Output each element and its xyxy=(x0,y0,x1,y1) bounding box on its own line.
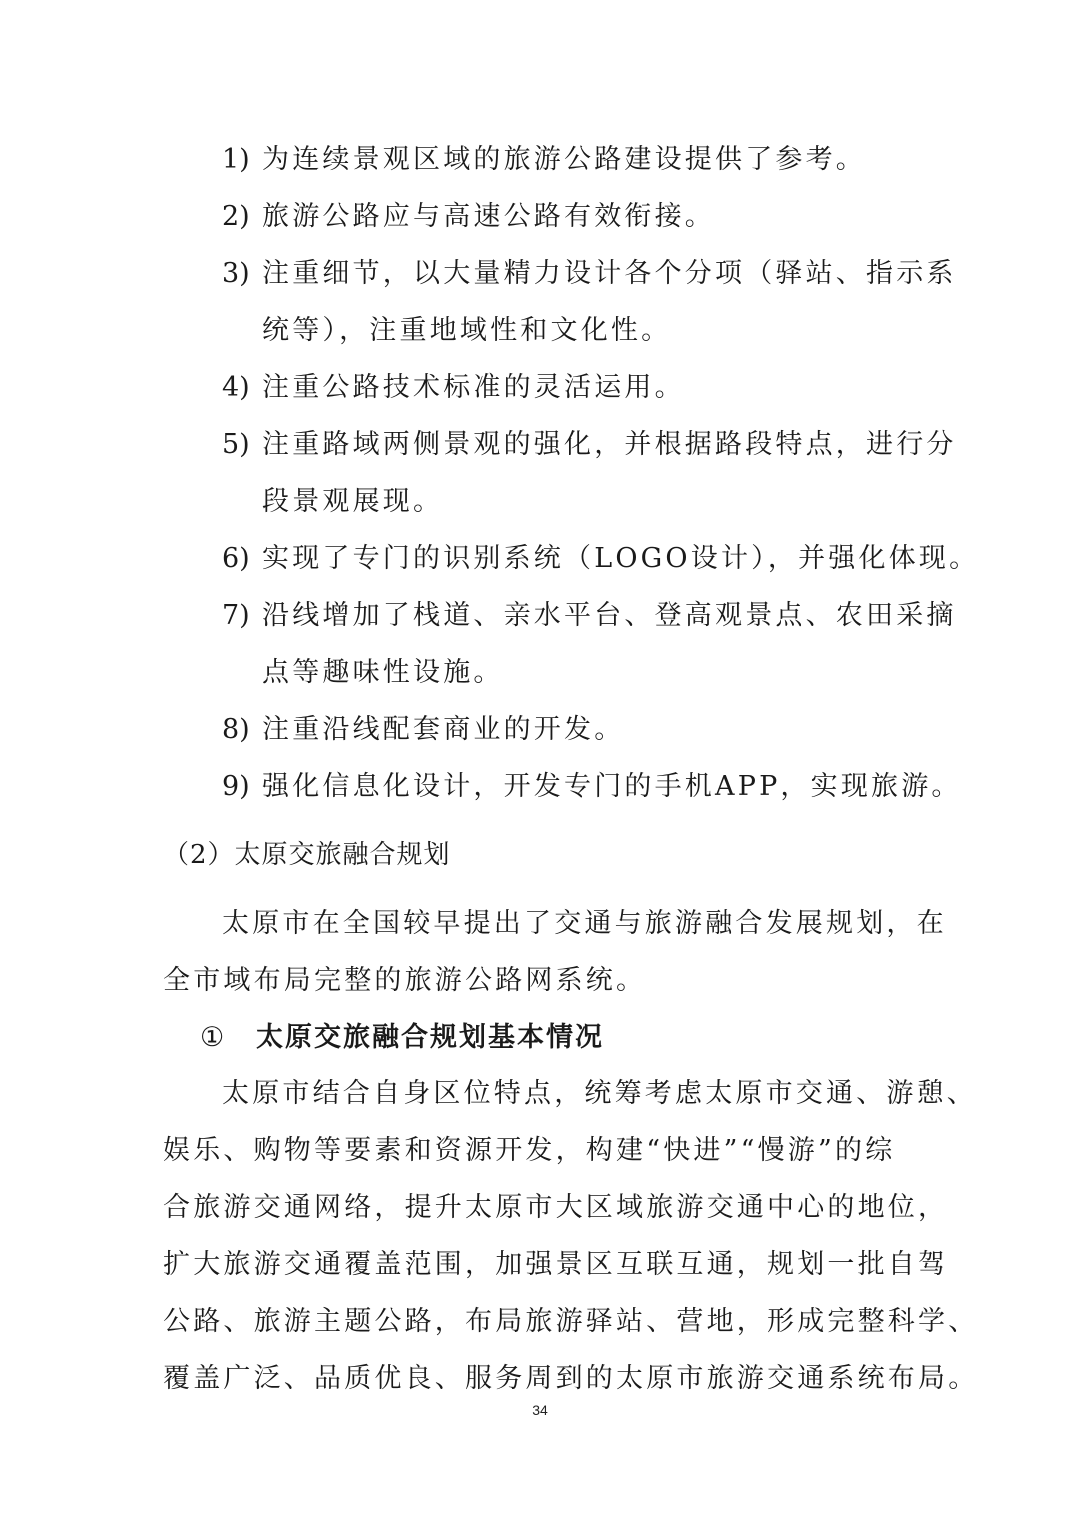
circled-number-marker: ① xyxy=(200,1021,256,1055)
list-item-number: 9) xyxy=(222,770,262,804)
section-heading: （2）太原交旅融合规划 xyxy=(163,838,451,872)
list-item: 2)旅游公路应与高速公路有效衔接。 xyxy=(222,200,715,234)
list-item: 6)实现了专门的识别系统（LOGO设计），并强化体现。 xyxy=(222,542,979,576)
list-item: 1)为连续景观区域的旅游公路建设提供了参考。 xyxy=(222,143,866,177)
list-item-text: 实现了专门的识别系统（LOGO设计），并强化体现。 xyxy=(262,543,979,574)
paragraph-line: 扩大旅游交通覆盖范围，加强景区互联互通，规划一批自驾 xyxy=(163,1248,948,1282)
list-item-number: 4) xyxy=(222,371,262,405)
list-item-continuation: 点等趣味性设施。 xyxy=(262,656,504,690)
list-item-text: 注重沿线配套商业的开发。 xyxy=(262,714,624,745)
list-item-text: 注重细节，以大量精力设计各个分项（驿站、指示系 xyxy=(262,258,957,289)
list-item-number: 8) xyxy=(222,713,262,747)
list-item-continuation: 段景观展现。 xyxy=(262,485,443,519)
list-item-number: 3) xyxy=(222,257,262,291)
list-item-text: 注重公路技术标准的灵活运用。 xyxy=(262,372,685,403)
paragraph-line: 太原市结合自身区位特点，统筹考虑太原市交通、游憩、 xyxy=(222,1077,977,1111)
document-page: 1)为连续景观区域的旅游公路建设提供了参考。 2)旅游公路应与高速公路有效衔接。… xyxy=(0,0,1080,1528)
paragraph-line: 公路、旅游主题公路，布局旅游驿站、营地，形成完整科学、 xyxy=(163,1305,978,1339)
paragraph-line: 太原市在全国较早提出了交通与旅游融合发展规划，在 xyxy=(222,907,947,941)
paragraph-line: 全市域布局完整的旅游公路网系统。 xyxy=(163,964,646,998)
list-item: 5)注重路域两侧景观的强化，并根据路段特点，进行分 xyxy=(222,428,957,462)
paragraph-line: 覆盖广泛、品质优良、服务周到的太原市旅游交通系统布局。 xyxy=(163,1362,978,1396)
list-item-number: 6) xyxy=(222,542,262,576)
subsection-heading: ①太原交旅融合规划基本情况 xyxy=(200,1021,604,1055)
list-item: 7)沿线增加了栈道、亲水平台、登高观景点、农田采摘 xyxy=(222,599,957,633)
list-item-text: 为连续景观区域的旅游公路建设提供了参考。 xyxy=(262,144,866,175)
page-number: 34 xyxy=(0,1402,1080,1418)
subsection-title: 太原交旅融合规划基本情况 xyxy=(256,1022,604,1053)
list-item: 9)强化信息化设计，开发专门的手机APP，实现旅游。 xyxy=(222,770,962,804)
list-item-number: 1) xyxy=(222,143,262,177)
list-item-text: 注重路域两侧景观的强化，并根据路段特点，进行分 xyxy=(262,429,957,460)
list-item-text: 沿线增加了栈道、亲水平台、登高观景点、农田采摘 xyxy=(262,600,957,631)
list-item-text: 强化信息化设计，开发专门的手机APP，实现旅游。 xyxy=(262,771,962,802)
list-item-number: 2) xyxy=(222,200,262,234)
list-item: 8)注重沿线配套商业的开发。 xyxy=(222,713,624,747)
list-item: 4)注重公路技术标准的灵活运用。 xyxy=(222,371,685,405)
list-item-number: 5) xyxy=(222,428,262,462)
list-item-number: 7) xyxy=(222,599,262,633)
list-item-text: 旅游公路应与高速公路有效衔接。 xyxy=(262,201,715,232)
paragraph-line: 合旅游交通网络，提升太原市大区域旅游交通中心的地位， xyxy=(163,1191,948,1225)
list-item-continuation: 统等），注重地域性和文化性。 xyxy=(262,314,671,348)
list-item: 3)注重细节，以大量精力设计各个分项（驿站、指示系 xyxy=(222,257,957,291)
paragraph-line: 娱乐、购物等要素和资源开发，构建“快进”“慢游”的综 xyxy=(163,1134,895,1168)
